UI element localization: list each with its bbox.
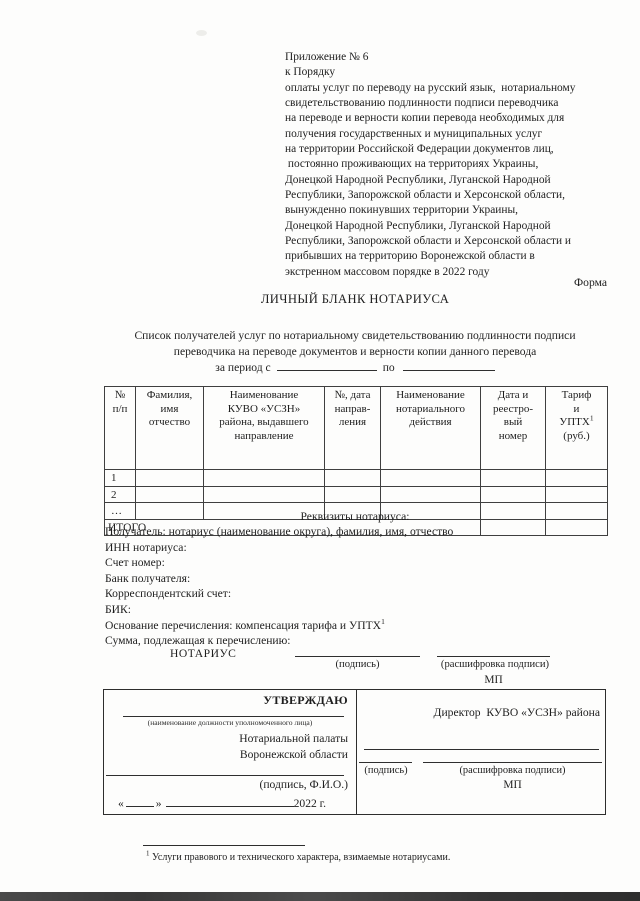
table-cell-empty [204,470,325,487]
scan-edge-band [0,892,640,901]
tariff-text: Тариф и УПТХ [559,389,591,428]
col-header-number: № п/п [105,387,136,470]
header-line: оплаты услуг по переводу на русский язык… [285,81,625,96]
header-line: постоянно проживающих на территориях Укр… [285,157,625,172]
row-number: 1 [105,470,136,487]
notary-signature-block: НОТАРИУС (подпись) (расшифровка подписи)… [0,645,640,693]
table-cell-empty [136,470,204,487]
header-line: Донецкой Народной Республики, Луганской … [285,219,625,234]
tariff-unit: (руб.) [548,430,605,444]
approval-left-cell: УТВЕРЖДАЮ (наименование должности уполно… [104,690,357,814]
table-cell-empty [325,486,381,503]
period-to-blank [403,359,495,371]
scan-artifact [196,30,207,36]
document-title: ЛИЧНЫЙ БЛАНК НОТАРИУСА [70,292,640,307]
header-line: получения государственных и муниципальны… [285,127,625,142]
table-cell-empty [381,486,481,503]
table-cell-empty [546,470,608,487]
header-line: прибывших на территорию Воронежской обла… [285,249,625,264]
table-cell-empty [136,486,204,503]
header-line: Республики, Запорожской области и Херсон… [285,234,625,249]
col-header-action: Наименование нотариального действия [381,387,481,470]
requisite-line-basis: Основание перечисления: компенсация тари… [105,618,585,634]
header-line: на территории Российской Федерации докум… [285,142,625,157]
signature-decode-label: (расшифровка подписи) [420,659,570,670]
col-header-kuvo: Наименование КУВО «УСЗН» района, выдавше… [204,387,325,470]
requisites-block: Получатель: нотариус (наименование округ… [105,524,585,649]
table-cell-empty [481,486,546,503]
organization-line: Нотариальной палаты [239,732,348,745]
date-line: «»2022 г. [118,795,326,810]
signature-fio-label: (подпись, Ф.И.О.) [259,778,348,791]
col-header-name: Фамилия, имя отчество [136,387,204,470]
month-blank [166,795,294,807]
approval-right-cell: Директор КУВО «УСЗН» района (подпись) (р… [357,690,605,814]
notary-label: НОТАРИУС [170,647,236,660]
quote-close: » [156,797,162,810]
header-line: Донецкой Народной Республики, Луганской … [285,173,625,188]
period-line: за период спо [70,359,640,376]
subtitle-line: Список получателей услуг по нотариальном… [70,328,640,344]
table-cell-empty [204,486,325,503]
requisite-line: Получатель: нотариус (наименование округ… [105,524,585,540]
header-line: Приложение № 6 [285,50,625,65]
signature-blank-line [295,656,420,657]
position-blank-line [123,716,344,717]
footnote: 1 Услуги правового и технического характ… [146,852,626,863]
scanned-document-page: Приложение № 6 к Порядку оплаты услуг по… [0,0,640,901]
header-line: к Порядку [285,65,625,80]
basis-footnote-ref: 1 [381,617,385,626]
basis-text: Основание перечисления: компенсация тари… [105,619,381,632]
signature-label: (подпись) [295,659,420,670]
stamp-place-label: МП [423,779,602,791]
subtitle-line: переводчика на переводе документов и вер… [70,344,640,360]
director-name-blank-line [364,749,599,750]
director-signature-blank-line [359,762,412,763]
organization-line: Воронежской области [240,748,348,761]
approval-box: УТВЕРЖДАЮ (наименование должности уполно… [103,689,606,815]
header-line: вынужденно покинувших территории Украины… [285,203,625,218]
header-line: на переводе и верности копии перевода не… [285,111,625,126]
stamp-place-label: МП [437,674,550,686]
appendix-header: Приложение № 6 к Порядку оплаты услуг по… [285,50,625,280]
period-prefix: за период с [215,361,270,374]
signature-fio-blank-line [106,775,344,776]
table-cell-empty [546,486,608,503]
position-hint-label: (наименование должности уполномоченного … [104,718,356,727]
signature-decode-label: (расшифровка подписи) [423,765,602,776]
col-header-registry: Дата и реестро- вый номер [481,387,546,470]
tariff-footnote-ref: 1 [590,414,594,423]
quote-open: « [118,797,124,810]
approve-word: УТВЕРЖДАЮ [263,693,348,708]
period-middle: по [383,361,395,374]
footnote-separator [143,845,305,846]
requisites-title: Реквизиты нотариуса: [70,510,640,523]
table-row: 1 [105,470,608,487]
row-number: 2 [105,486,136,503]
table-header-row: № п/п Фамилия, имя отчество Наименование… [105,387,608,470]
signature-label: (подпись) [357,765,415,776]
list-subtitle: Список получателей услуг по нотариальном… [70,328,640,376]
year-label: 2022 г. [294,797,326,810]
table-cell-empty [325,470,381,487]
col-header-referral: №, дата направ- ления [325,387,381,470]
header-line: Республики, Запорожской области и Херсон… [285,188,625,203]
requisite-line: БИК: [105,602,585,618]
col-header-tariff: Тариф и УПТХ1(руб.) [546,387,608,470]
period-from-blank [277,359,377,371]
table-row: 2 [105,486,608,503]
header-line: свидетельствованию подлинности подписи п… [285,96,625,111]
requisite-line: Банк получателя: [105,571,585,587]
table-cell-empty [381,470,481,487]
table-cell-empty [481,470,546,487]
director-decode-blank-line [423,762,602,763]
requisite-line: ИНН нотариуса: [105,540,585,556]
director-title: Директор КУВО «УСЗН» района [434,706,600,719]
form-marker: Форма [285,276,607,289]
footnote-text: Услуги правового и технического характер… [150,852,451,863]
requisite-line: Счет номер: [105,555,585,571]
signature-decode-blank-line [437,656,550,657]
requisite-line: Корреспондентский счет: [105,586,585,602]
day-blank [126,795,154,807]
